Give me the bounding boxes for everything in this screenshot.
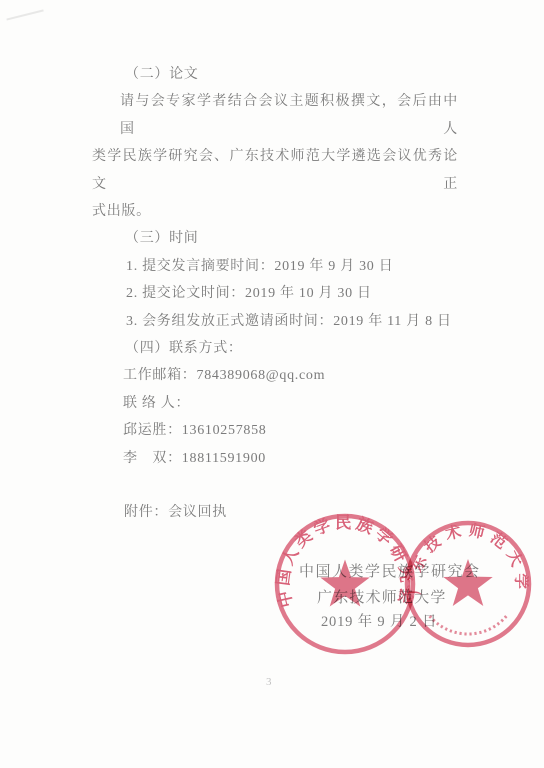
document-body: （二）论文 请与会专家学者结合会议主题积极撰文，会后由中国人 类学民族学研究会、… — [92, 61, 458, 527]
seal-star-icon — [320, 560, 369, 607]
papers-paragraph-line: 类学民族学研究会、广东技术师范大学遴选会议优秀论文正 — [92, 143, 458, 198]
scan-artifact-mark — [6, 9, 43, 20]
official-seal-right: 广东技术师范大学 — [402, 518, 534, 650]
seal-serial-marks — [430, 616, 507, 634]
contact-person-phone: 邱运胜：13610257858 — [123, 417, 458, 444]
section-heading-schedule: （三）时间 — [125, 225, 458, 252]
schedule-item: 2. 提交论文时间：2019 年 10 月 30 日 — [126, 280, 458, 307]
section-heading-papers: （二）论文 — [125, 61, 458, 88]
scanned-document-page: （二）论文 请与会专家学者结合会议主题积极撰文，会后由中国人 类学民族学研究会、… — [0, 0, 544, 768]
contact-email: 工作邮箱：784389068@qq.com — [123, 362, 458, 389]
papers-paragraph-line: 式出版。 — [92, 198, 458, 225]
schedule-item: 1. 提交发言摘要时间：2019 年 9 月 30 日 — [126, 253, 458, 280]
section-heading-contact: （四）联系方式： — [125, 335, 458, 362]
contact-person-phone: 李 双：18811591900 — [123, 445, 458, 472]
schedule-item: 3. 会务组发放正式邀请函时间：2019 年 11 月 8 日 — [126, 308, 458, 335]
official-seal-left: 中国人类学民族学研究会 — [272, 511, 418, 657]
seal-star-icon — [443, 559, 492, 606]
page-number: 3 — [266, 676, 272, 688]
papers-paragraph-line: 请与会专家学者结合会议主题积极撰文，会后由中国人 — [92, 88, 458, 143]
contact-persons-label: 联 络 人： — [123, 390, 458, 417]
